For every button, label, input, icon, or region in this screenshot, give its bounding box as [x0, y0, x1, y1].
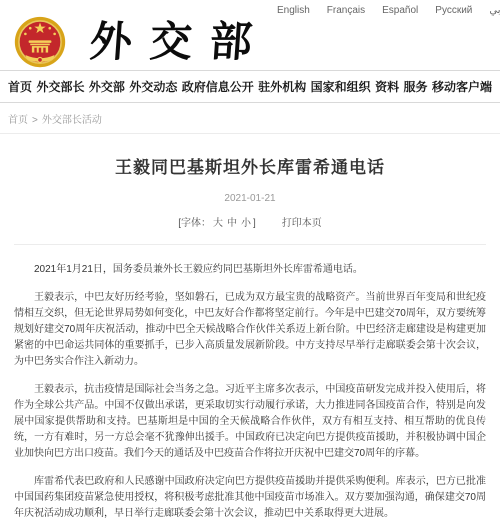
- breadcrumb-current: 外交部长活动: [42, 115, 102, 126]
- font-size-medium-button[interactable]: 中: [227, 218, 237, 229]
- font-size-label-open: [字体：: [178, 218, 211, 229]
- article-body: 2021年1月21日，国务委员兼外长王毅应约同巴基斯坦外长库雷希通电话。 王毅表…: [0, 245, 500, 522]
- article-paragraph: 2021年1月21日，国务委员兼外长王毅应约同巴基斯坦外长库雷希通电话。: [14, 262, 486, 278]
- article-paragraph: 王毅表示，中巴友好历经考验，坚如磐石，已成为双方最宝贵的战略资产。当前世界百年变…: [14, 290, 486, 370]
- article-date: 2021-01-21: [0, 193, 500, 204]
- print-page-button[interactable]: 打印本页: [282, 218, 322, 229]
- page-title: 王毅同巴基斯坦外长库雷希通电话: [0, 153, 500, 178]
- language-link-russian[interactable]: Русский: [435, 5, 472, 16]
- article: 王毅同巴基斯坦外长库雷希通电话 2021-01-21 [字体：大中小]打印本页 …: [0, 133, 500, 522]
- article-paragraph: 库雷希代表巴政府和人民感谢中国政府决定向巴方提供疫苗援助并提供采购便利。库表示，…: [14, 474, 486, 522]
- nav-item-gov-info-disclosure[interactable]: 政府信息公开: [182, 78, 254, 95]
- nav-item-home[interactable]: 首页: [8, 78, 32, 95]
- nav-item-mobile-client[interactable]: 移动客户端: [432, 78, 492, 95]
- language-link-english[interactable]: English: [277, 5, 310, 16]
- language-link-arabic[interactable]: عربي: [489, 5, 500, 16]
- nav-item-countries-orgs[interactable]: 国家和组织: [311, 78, 371, 95]
- nav-item-services[interactable]: 服务: [404, 78, 428, 95]
- article-paragraph: 王毅表示，抗击疫情是国际社会当务之急。习近平主席多次表示，中国疫苗研发完成并投入…: [14, 382, 486, 462]
- nav-item-foreign-minister[interactable]: 外交部长: [36, 78, 84, 95]
- language-link-spanish[interactable]: Español: [382, 5, 418, 16]
- nav-item-resources[interactable]: 资料: [375, 78, 399, 95]
- mfa-calligraphy-logo: 外交部: [89, 21, 272, 63]
- nav-item-missions-abroad[interactable]: 驻外机构: [258, 78, 306, 95]
- breadcrumb: 首页>外交部长活动: [0, 103, 500, 133]
- nav-item-diplomatic-news[interactable]: 外交动态: [129, 78, 177, 95]
- nav-item-ministry[interactable]: 外交部: [89, 78, 125, 95]
- language-link-french[interactable]: Français: [327, 5, 365, 16]
- national-emblem-icon[interactable]: [14, 16, 66, 68]
- article-controls: [字体：大中小]打印本页: [0, 214, 500, 229]
- nav-bar: 首页 外交部长 外交部 外交动态 政府信息公开 驻外机构 国家和组织 资料 服务…: [0, 70, 500, 103]
- breadcrumb-home-link[interactable]: 首页: [8, 115, 28, 126]
- language-bar: English Français Español Русский عربي: [277, 5, 500, 16]
- font-size-small-button[interactable]: 小: [241, 218, 251, 229]
- font-size-large-button[interactable]: 大: [213, 218, 223, 229]
- font-size-label-close: ]: [253, 218, 256, 229]
- breadcrumb-separator: >: [32, 115, 38, 126]
